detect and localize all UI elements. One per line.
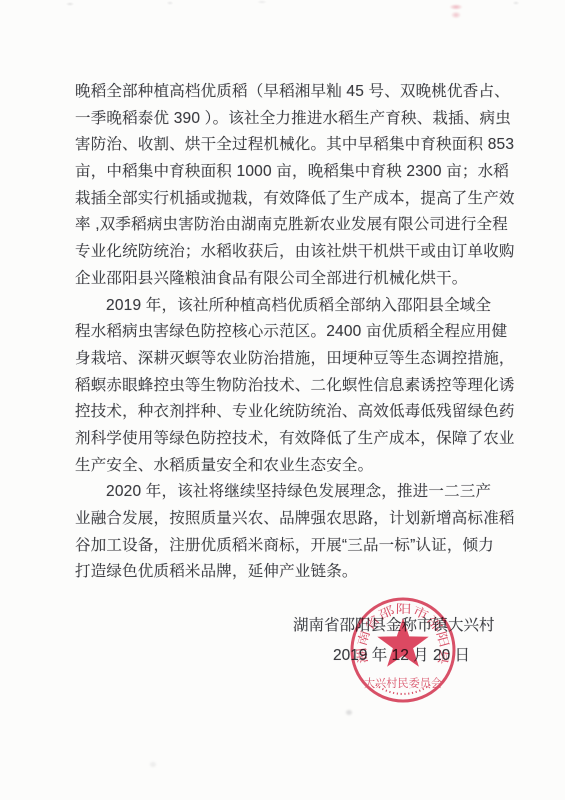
text-line: 晚稻全部种植高档优质稻（早稻湘早籼 45 号、双晚桃优香占、 <box>75 79 493 106</box>
text-line: 身栽培、深耕灭螟等农业防治措施，田埂种豆等生态调控措施， <box>75 346 493 373</box>
text-line: 专业化统防统治；水稻收获后，由该社烘干机烘干或由订单收购 <box>75 239 493 266</box>
text-line: 生产安全、水稻质量安全和农业生态安全。 <box>75 453 493 480</box>
document-body: 晚稻全部种植高档优质稻（早稻湘早籼 45 号、双晚桃优香占、 一季晚稻泰优 39… <box>75 79 493 586</box>
paragraph-3: 2020 年，该社将继续坚持绿色发展理念，推进一二三产 业融合发展，按照质量兴农… <box>75 479 493 586</box>
scan-speck <box>150 762 156 767</box>
text-line: 亩，中稻集中育秧面积 1000 亩，晚稻集中育秧 2300 亩；水稻 <box>75 159 493 186</box>
scan-speck <box>346 710 352 715</box>
text-line: 一季晚稻泰优 390 ）。该社全力推进水稻生产育秧、栽插、病虫 <box>75 106 493 133</box>
text-line: 率 ,双季稻病虫害防治由湖南克胜新农业发展有限公司进行全程 <box>75 212 493 239</box>
text-line: 打造绿色优质稻米品牌，延伸产业链条。 <box>75 559 493 586</box>
text-line: 害防治、收割、烘干全过程机械化。其中早稻集中育秧面积 853 <box>75 132 493 159</box>
text-line: 2020 年，该社将继续坚持绿色发展理念，推进一二三产 <box>75 479 493 506</box>
text-line: 栽插全部实行机插或抛栽，有效降低了生产成本，提高了生产效 <box>75 186 493 213</box>
text-line: 企业邵阳县兴隆粮油食品有限公司全部进行机械化烘干。 <box>75 266 493 293</box>
seal-bleed-through-mark <box>446 2 466 24</box>
official-seal: 湖南省邵阳市邵阳县金称市镇 大兴村民委员会 <box>348 595 458 705</box>
text-line: 稻螟赤眼蜂控虫等生物防治技术、二化螟性信息素诱控等理化诱 <box>75 373 493 400</box>
text-line: 控技术，种衣剂拌种、专业化统防统治、高效低毒低残留绿色药 <box>75 399 493 426</box>
text-line: 业融合发展，按照质量兴农、品牌强农思路，计划新增高标准稻 <box>75 506 493 533</box>
text-line: 程水稻病虫害绿色防控核心示范区。2400 亩优质稻全程应用健 <box>75 319 493 346</box>
text-line: 谷加工设备，注册优质稻米商标，开展“三品一标”认证，倾力 <box>75 533 493 560</box>
paragraph-1: 晚稻全部种植高档优质稻（早稻湘早籼 45 号、双晚桃优香占、 一季晚稻泰优 39… <box>75 79 493 293</box>
scanned-document-page: 晚稻全部种植高档优质稻（早稻湘早籼 45 号、双晚桃优香占、 一季晚稻泰优 39… <box>0 0 565 800</box>
seal-center-text: 大兴村民委员会 <box>364 676 442 690</box>
text-line: 2019 年，该社所种植高档优质稻全部纳入邵阳县全域全 <box>75 293 493 320</box>
text-line: 剂科学使用等绿色防控技术，有效降低了生产成本，保障了农业 <box>75 426 493 453</box>
red-star-icon <box>377 618 428 667</box>
paragraph-2: 2019 年，该社所种植高档优质稻全部纳入邵阳县全域全 程水稻病虫害绿色防控核心… <box>75 293 493 480</box>
